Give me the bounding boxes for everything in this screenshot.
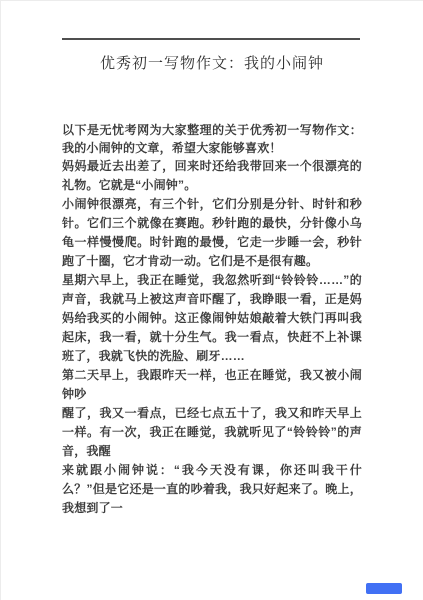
document-body: 优秀初一写物作文：我的小闹钟 以下是无忧考网为大家整理的关于优秀初一写物作文：我… (62, 0, 362, 518)
body-paragraph: 星期六早上，我正在睡觉，我忽然听到“铃铃铃……”的声音，我就马上被这声音吓醒了，… (62, 271, 362, 366)
body-paragraph: 小闹钟很漂亮，有三个针，它们分别是分针、时针和秒针。它们三个就像在赛跑。秒针跑的… (62, 195, 362, 271)
body-paragraph: 来就跟小闹钟说：“我今天没有课，你还叫我干什么？”但是它还是一直的吵着我，我只好… (62, 461, 362, 518)
body-paragraph: 醒了，我又一看点，已经七点五十了，我又和昨天早上一样。有一次，我正在睡觉，我就听… (62, 404, 362, 461)
document-page: { "page": { "background": "#ffffff", "di… (0, 0, 423, 600)
body-paragraph: 妈妈最近去出差了，回来时还给我带回来一个很漂亮的礼物。它就是“小闹钟”。 (62, 157, 362, 195)
intro-paragraph: 以下是无忧考网为大家整理的关于优秀初一写物作文：我的小闹钟的文章，希望大家能够喜… (62, 122, 362, 157)
title-divider (62, 38, 360, 40)
page-badge (366, 583, 402, 594)
body-paragraph: 第二天早上，我跟昨天一样，也正在睡觉，我又被小闹钟吵 (62, 366, 362, 404)
document-title: 优秀初一写物作文：我的小闹钟 (62, 53, 362, 75)
